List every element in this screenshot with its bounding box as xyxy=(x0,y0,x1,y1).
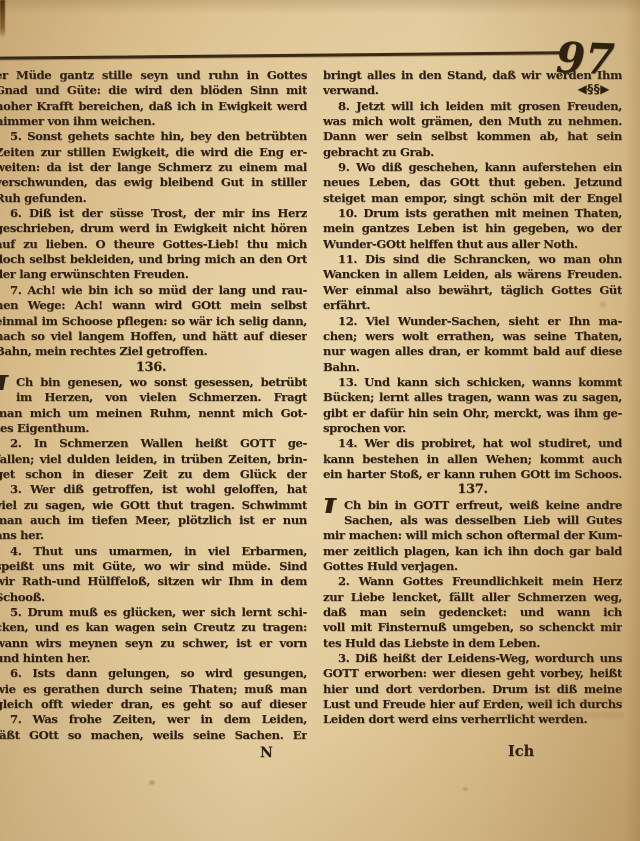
scanned-book-page: 97 ◀§§▶ er Müde gantz stille seyn und ru… xyxy=(0,0,640,841)
text-line: im Herzen, von vielen Schmerzen. Fragt xyxy=(0,390,307,405)
text-line: gibt er dafür hin sein Ohr, merckt, was … xyxy=(323,406,622,421)
foxing-spot xyxy=(462,786,469,792)
dropcap-initial: J xyxy=(0,375,7,390)
text-line: hoher Krafft bereichen, daß ich in Ewigk… xyxy=(0,99,307,114)
text-line: neues Leben, das GOtt thut geben. Jetzun… xyxy=(323,175,622,190)
text-line: tes Eigenthum. xyxy=(0,421,307,436)
text-line: 4. Thut uns umarmen, in viel Erbarmen, xyxy=(0,544,307,559)
text-line: steiget man empor, singt schön mit der E… xyxy=(323,191,622,206)
text-line: tes Huld das Liebste in dem Leben. xyxy=(323,636,622,651)
text-line: get schon in dieser Zeit zu dem Glück de… xyxy=(0,467,307,482)
text-line: der lang erwünschten Freuden. xyxy=(0,267,307,282)
right-edge-shadow xyxy=(624,0,640,841)
text-line: mer zeitlich plagen, kan ich ihn doch ga… xyxy=(323,544,622,559)
text-line: gleich offt wieder dran, es geht so auf … xyxy=(0,697,307,712)
text-line: Wunder-GOtt helffen thut aus aller Noth. xyxy=(323,237,622,252)
text-line: er Müde gantz stille seyn und ruhn in Go… xyxy=(0,68,307,83)
text-line: auf zu lieben. O theure Gottes-Lieb! thu… xyxy=(0,237,307,252)
top-edge-shadow xyxy=(0,0,640,14)
text-line: wie es gerathen durch seine Thaten; muß … xyxy=(0,682,307,697)
text-line: Gnad und Güte: die wird den blöden Sinn … xyxy=(0,83,307,98)
text-line: bringt alles in den Stand, daß wir werde… xyxy=(323,68,622,83)
text-line: 14. Wer dis probiret, hat wol studiret, … xyxy=(323,436,622,451)
text-line: kann bestehen in allen Wehen; kommt auch… xyxy=(323,452,622,467)
dropcap-initial: J xyxy=(323,498,335,513)
text-line: man auch im tiefen Meer, plötzlich ist e… xyxy=(0,513,307,528)
text-line: Ruh gefunden. xyxy=(0,191,307,206)
text-line: 11. Dis sind die Schrancken, wo man ohn xyxy=(323,252,622,267)
left-text-column: er Müde gantz stille seyn und ruhn in Go… xyxy=(0,68,307,743)
text-line: gebracht zu Grab. xyxy=(323,145,622,160)
text-line: 7. Ach! wie bin ich so müd der lang und … xyxy=(0,283,307,298)
signature-mark: N xyxy=(260,745,273,761)
text-line: ein harter Stoß, er kann ruhen GOtt im S… xyxy=(323,467,622,482)
text-line: läßt GOtt so machen, weils seine Sachen.… xyxy=(0,728,307,743)
text-line: 12. Viel Wunder-Sachen, sieht er Ihn ma- xyxy=(323,314,622,329)
text-line: speißt uns mit Güte, wo wir sind müde. S… xyxy=(0,559,307,574)
text-line: 3. Diß heißt der Leidens-Weg, wordurch u… xyxy=(323,651,622,666)
text-line: Sachen, als was desselben Lieb will Gute… xyxy=(323,513,622,528)
header-rule xyxy=(0,51,562,59)
text-line: erfährt. xyxy=(323,298,622,313)
right-text-column: bringt alles in den Stand, daß wir werde… xyxy=(323,68,622,728)
text-line: Bahn, mein rechtes Ziel getroffen. xyxy=(0,344,307,359)
text-line: sprochen vor. xyxy=(323,421,622,436)
text-line: JCh bin in GOTT erfreut, weiß keine andr… xyxy=(323,498,622,513)
text-line: wann wirs meynen seyn zu schwer, ist er … xyxy=(0,636,307,651)
text-line: GOTT erworben: wer diesen geht vorbey, h… xyxy=(323,666,622,681)
text-line: Schooß. xyxy=(0,590,307,605)
text-line: cken, und es kan wagen sein Creutz zu tr… xyxy=(0,620,307,635)
text-line: nimmer von ihm weichen. xyxy=(0,114,307,129)
text-line: 5. Drum muß es glücken, wer sich lernt s… xyxy=(0,605,307,620)
text-line: Gottes Huld verjagen. xyxy=(323,559,622,574)
text-line: daß man sein gedencket: und wann ich Tra… xyxy=(323,605,622,620)
text-line: viel zu sagen, wie GOtt thut tragen. Sch… xyxy=(0,498,307,513)
text-line: weiten: da ist der lange Schmerz zu eine… xyxy=(0,160,307,175)
text-line: 6. Diß ist der süsse Trost, der mir ins … xyxy=(0,206,307,221)
show-through-smudge xyxy=(492,698,624,732)
text-line: JCh bin genesen, wo sonst gesessen, betr… xyxy=(0,375,307,390)
text-line: 13. Und kann sich schicken, wanns kommt … xyxy=(323,375,622,390)
foxing-spot xyxy=(598,300,608,309)
text-line: 5. Sonst gehets sachte hin, bey den betr… xyxy=(0,129,307,144)
text-line: fallen; viel dulden leiden, in trüben Ze… xyxy=(0,452,307,467)
text-line: nach so viel langem Hoffen, und hätt auf… xyxy=(0,329,307,344)
text-line: 7. Was frohe Zeiten, wer in dem Leiden, xyxy=(0,712,307,727)
text-line: verwand. xyxy=(323,83,622,98)
text-line: einmal im Schoose pflegen: so wär ich se… xyxy=(0,314,307,329)
text-line: chen; wers wolt errathen, was seine That… xyxy=(323,329,622,344)
text-line: Zeiten zur stillen Ewigkeit, die wird di… xyxy=(0,145,307,160)
hymn-number-heading: 136. xyxy=(0,360,307,375)
text-line: 2. In Schmerzen Wallen heißt GOTT ge- xyxy=(0,436,307,451)
text-line: verschwunden, das ewig bleibend Gut in s… xyxy=(0,175,307,190)
text-line: doch selbst bekleiden, und bring mich an… xyxy=(0,252,307,267)
hymn-number-heading: 137. xyxy=(323,482,622,497)
text-line: Dann wer sein selbst kommen ab, hat sein… xyxy=(323,129,622,144)
text-line: Bahn. xyxy=(323,360,622,375)
text-line: geschrieben, drum werd in Ewigkeit nicht… xyxy=(0,221,307,236)
text-line: 2. Wann Gottes Freundlichkeit mein Herz xyxy=(323,574,622,589)
text-line: Wer einmal also bewährt, täglich Gottes … xyxy=(323,283,622,298)
text-line: was mich wolt grämen, den Muth zu nehmen… xyxy=(323,114,622,129)
text-line: 6. Ists dann gelungen, so wird gesungen, xyxy=(0,666,307,681)
text-line: zur Liebe lencket, fällt aller Schmerzen… xyxy=(323,590,622,605)
text-line: ans her. xyxy=(0,528,307,543)
text-line: nur wagen alles dran, er kommt bald auf … xyxy=(323,344,622,359)
text-line: 10. Drum ists gerathen mit meinen Thaten… xyxy=(323,206,622,221)
catchword: Ich xyxy=(508,743,534,760)
left-edge-shadow xyxy=(0,0,5,38)
text-line: und hinten her. xyxy=(0,651,307,666)
text-line: voll mit Finsternuß umgeben, so schenckt… xyxy=(323,620,622,635)
text-line: 9. Wo diß geschehen, kann auferstehen ei… xyxy=(323,160,622,175)
text-line: hen Wege: Ach! wann wird GOtt mein selbs… xyxy=(0,298,307,313)
text-line: man mich um meinen Ruhm, nennt mich Got- xyxy=(0,406,307,421)
text-line: 3. Wer diß getroffen, ist wohl geloffen,… xyxy=(0,482,307,497)
text-line: mir machen: will mich schon oftermal der… xyxy=(323,528,622,543)
text-line: mein gantzes Leben ist hin gegeben, wo d… xyxy=(323,221,622,236)
text-line: wir Rath-und Hülffeloß, sitzen wir Ihm i… xyxy=(0,574,307,589)
foxing-spot xyxy=(148,779,156,786)
text-line: Bücken; lernt alles tragen, wann was zu … xyxy=(323,390,622,405)
text-line: Wancken in allem Leiden, als wärens Freu… xyxy=(323,267,622,282)
text-line: hier und dort verdorben. Drum ist diß me… xyxy=(323,682,622,697)
text-line: 8. Jetzt will ich leiden mit grosen Freu… xyxy=(323,99,622,114)
